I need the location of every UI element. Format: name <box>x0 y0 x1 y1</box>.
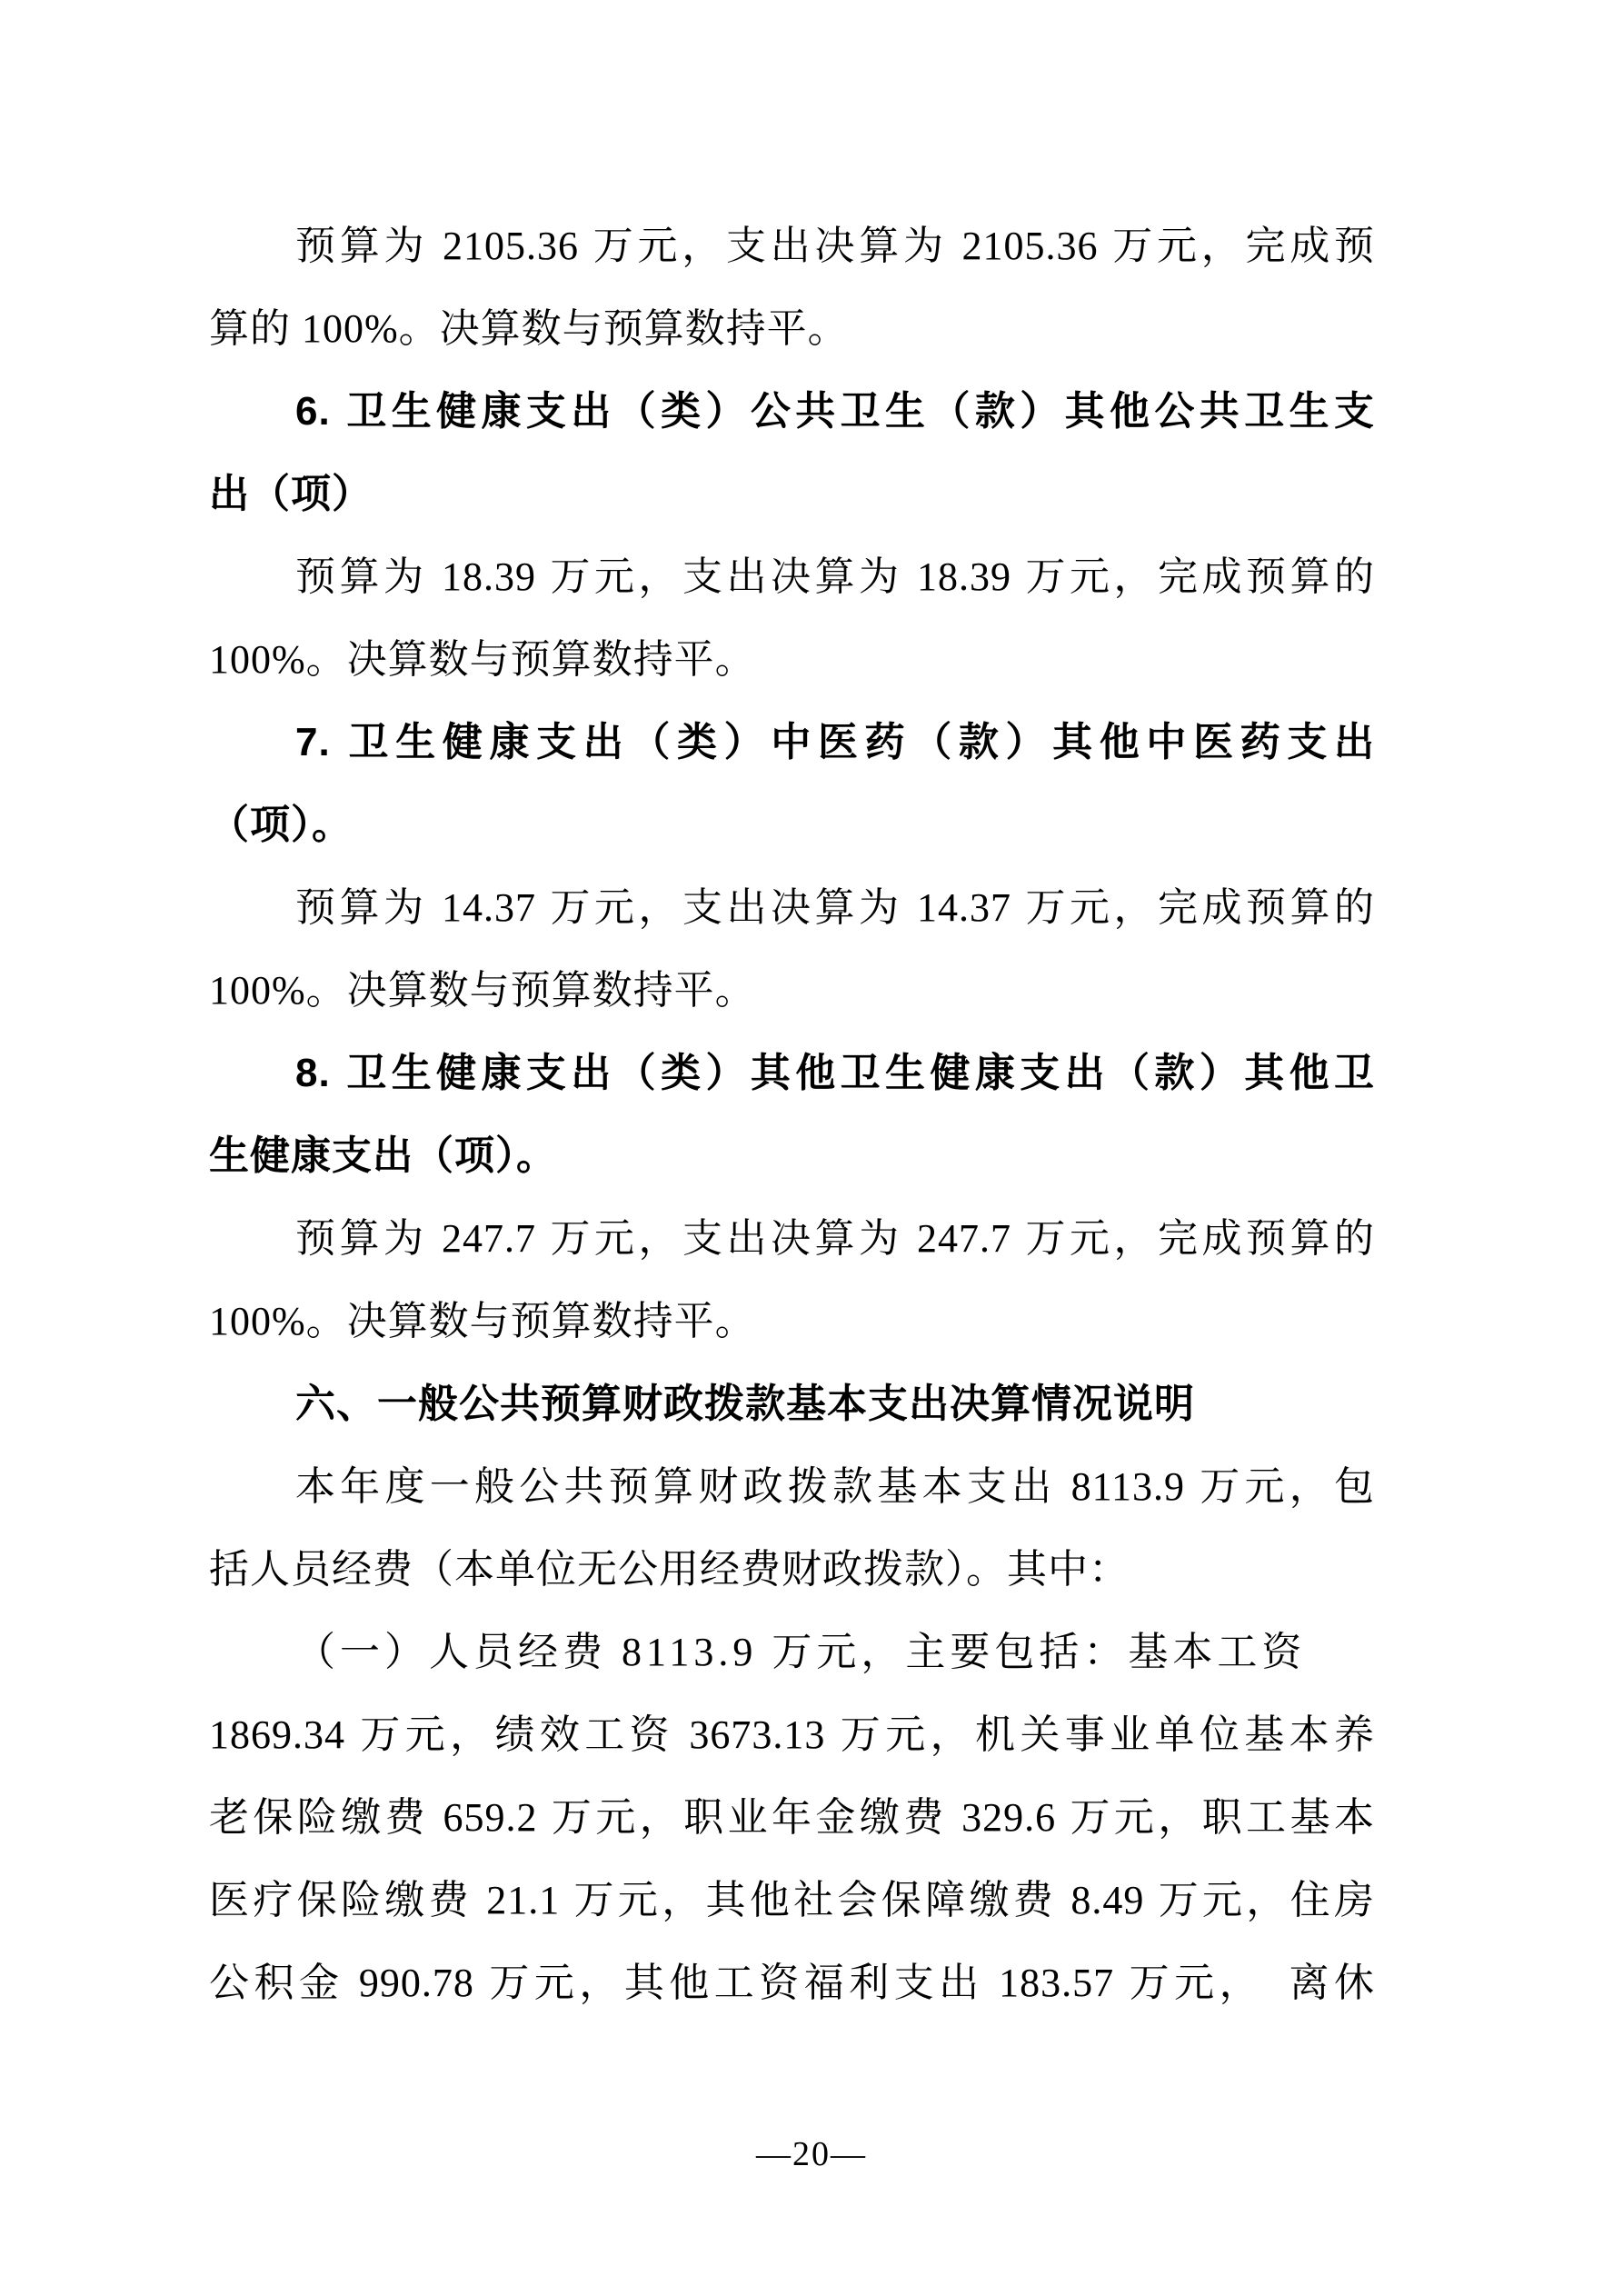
heading-line: 6. 卫生健康支出（类）公共卫生（款）其他公共卫生支 <box>209 370 1375 453</box>
page-number: —20— <box>756 2135 867 2173</box>
heading-item-8: 8. 卫生健康支出（类）其他卫生健康支出（款）其他卫 生健康支出（项）。 <box>209 1032 1375 1197</box>
paragraph-personnel-expenses: （一）人员经费 8113.9 万元，主要包括：基本工资 1869.34 万元，绩… <box>209 1611 1375 2024</box>
text-line: 医疗保险缴费 21.1 万元，其他社会保障缴费 8.49 万元，住房 <box>209 1859 1375 1942</box>
text-line: （一）人员经费 8113.9 万元，主要包括：基本工资 <box>209 1611 1375 1693</box>
text-line: 老保险缴费 659.2 万元，职业年金缴费 329.6 万元，职工基本 <box>209 1776 1375 1859</box>
page-footer: —20— <box>0 2134 1623 2174</box>
text-line: 1869.34 万元，绩效工资 3673.13 万元，机关事业单位基本养 <box>209 1693 1375 1776</box>
document-page: 预算为 2105.36 万元，支出决算为 2105.36 万元，完成预 算的 1… <box>0 0 1623 2296</box>
heading-item-6: 6. 卫生健康支出（类）公共卫生（款）其他公共卫生支 出（项） <box>209 370 1375 535</box>
text-line: 算的 100%。决算数与预算数持平。 <box>209 287 1375 370</box>
text-line: 预算为 18.39 万元，支出决算为 18.39 万元，完成预算的 <box>209 535 1375 618</box>
text-line: 100%。决算数与预算数持平。 <box>209 618 1375 701</box>
heading-line: 出（项） <box>209 453 1375 535</box>
paragraph-budget-247-7: 预算为 247.7 万元，支出决算为 247.7 万元，完成预算的 100%。决… <box>209 1197 1375 1363</box>
paragraph-budget-18-39: 预算为 18.39 万元，支出决算为 18.39 万元，完成预算的 100%。决… <box>209 535 1375 701</box>
heading-line: （项）。 <box>209 784 1375 866</box>
heading-item-7: 7. 卫生健康支出（类）中医药（款）其他中医药支出 （项）。 <box>209 701 1375 866</box>
text-line: 100%。决算数与预算数持平。 <box>209 949 1375 1032</box>
heading-line: 生健康支出（项）。 <box>209 1114 1375 1197</box>
text-line: 预算为 247.7 万元，支出决算为 247.7 万元，完成预算的 <box>209 1197 1375 1280</box>
text-line: 预算为 14.37 万元，支出决算为 14.37 万元，完成预算的 <box>209 866 1375 949</box>
document-body: 预算为 2105.36 万元，支出决算为 2105.36 万元，完成预 算的 1… <box>209 205 1375 2024</box>
text-line: 100%。决算数与预算数持平。 <box>209 1280 1375 1363</box>
heading-line: 8. 卫生健康支出（类）其他卫生健康支出（款）其他卫 <box>209 1032 1375 1114</box>
paragraph-budget-14-37: 预算为 14.37 万元，支出决算为 14.37 万元，完成预算的 100%。决… <box>209 866 1375 1032</box>
heading-line: 六、一般公共预算财政拨款基本支出决算情况说明 <box>209 1363 1375 1445</box>
text-line: 预算为 2105.36 万元，支出决算为 2105.36 万元，完成预 <box>209 205 1375 287</box>
text-line: 公积金 990.78 万元，其他工资福利支出 183.57 万元， 离休 <box>209 1942 1375 2024</box>
paragraph-budget-2105: 预算为 2105.36 万元，支出决算为 2105.36 万元，完成预 算的 1… <box>209 205 1375 370</box>
text-line: 本年度一般公共预算财政拨款基本支出 8113.9 万元，包 <box>209 1445 1375 1528</box>
text-line: 括人员经费（本单位无公用经费财政拨款）。其中： <box>209 1528 1375 1611</box>
heading-line: 7. 卫生健康支出（类）中医药（款）其他中医药支出 <box>209 701 1375 784</box>
paragraph-basic-expenditure-overview: 本年度一般公共预算财政拨款基本支出 8113.9 万元，包 括人员经费（本单位无… <box>209 1445 1375 1611</box>
heading-section-6: 六、一般公共预算财政拨款基本支出决算情况说明 <box>209 1363 1375 1445</box>
